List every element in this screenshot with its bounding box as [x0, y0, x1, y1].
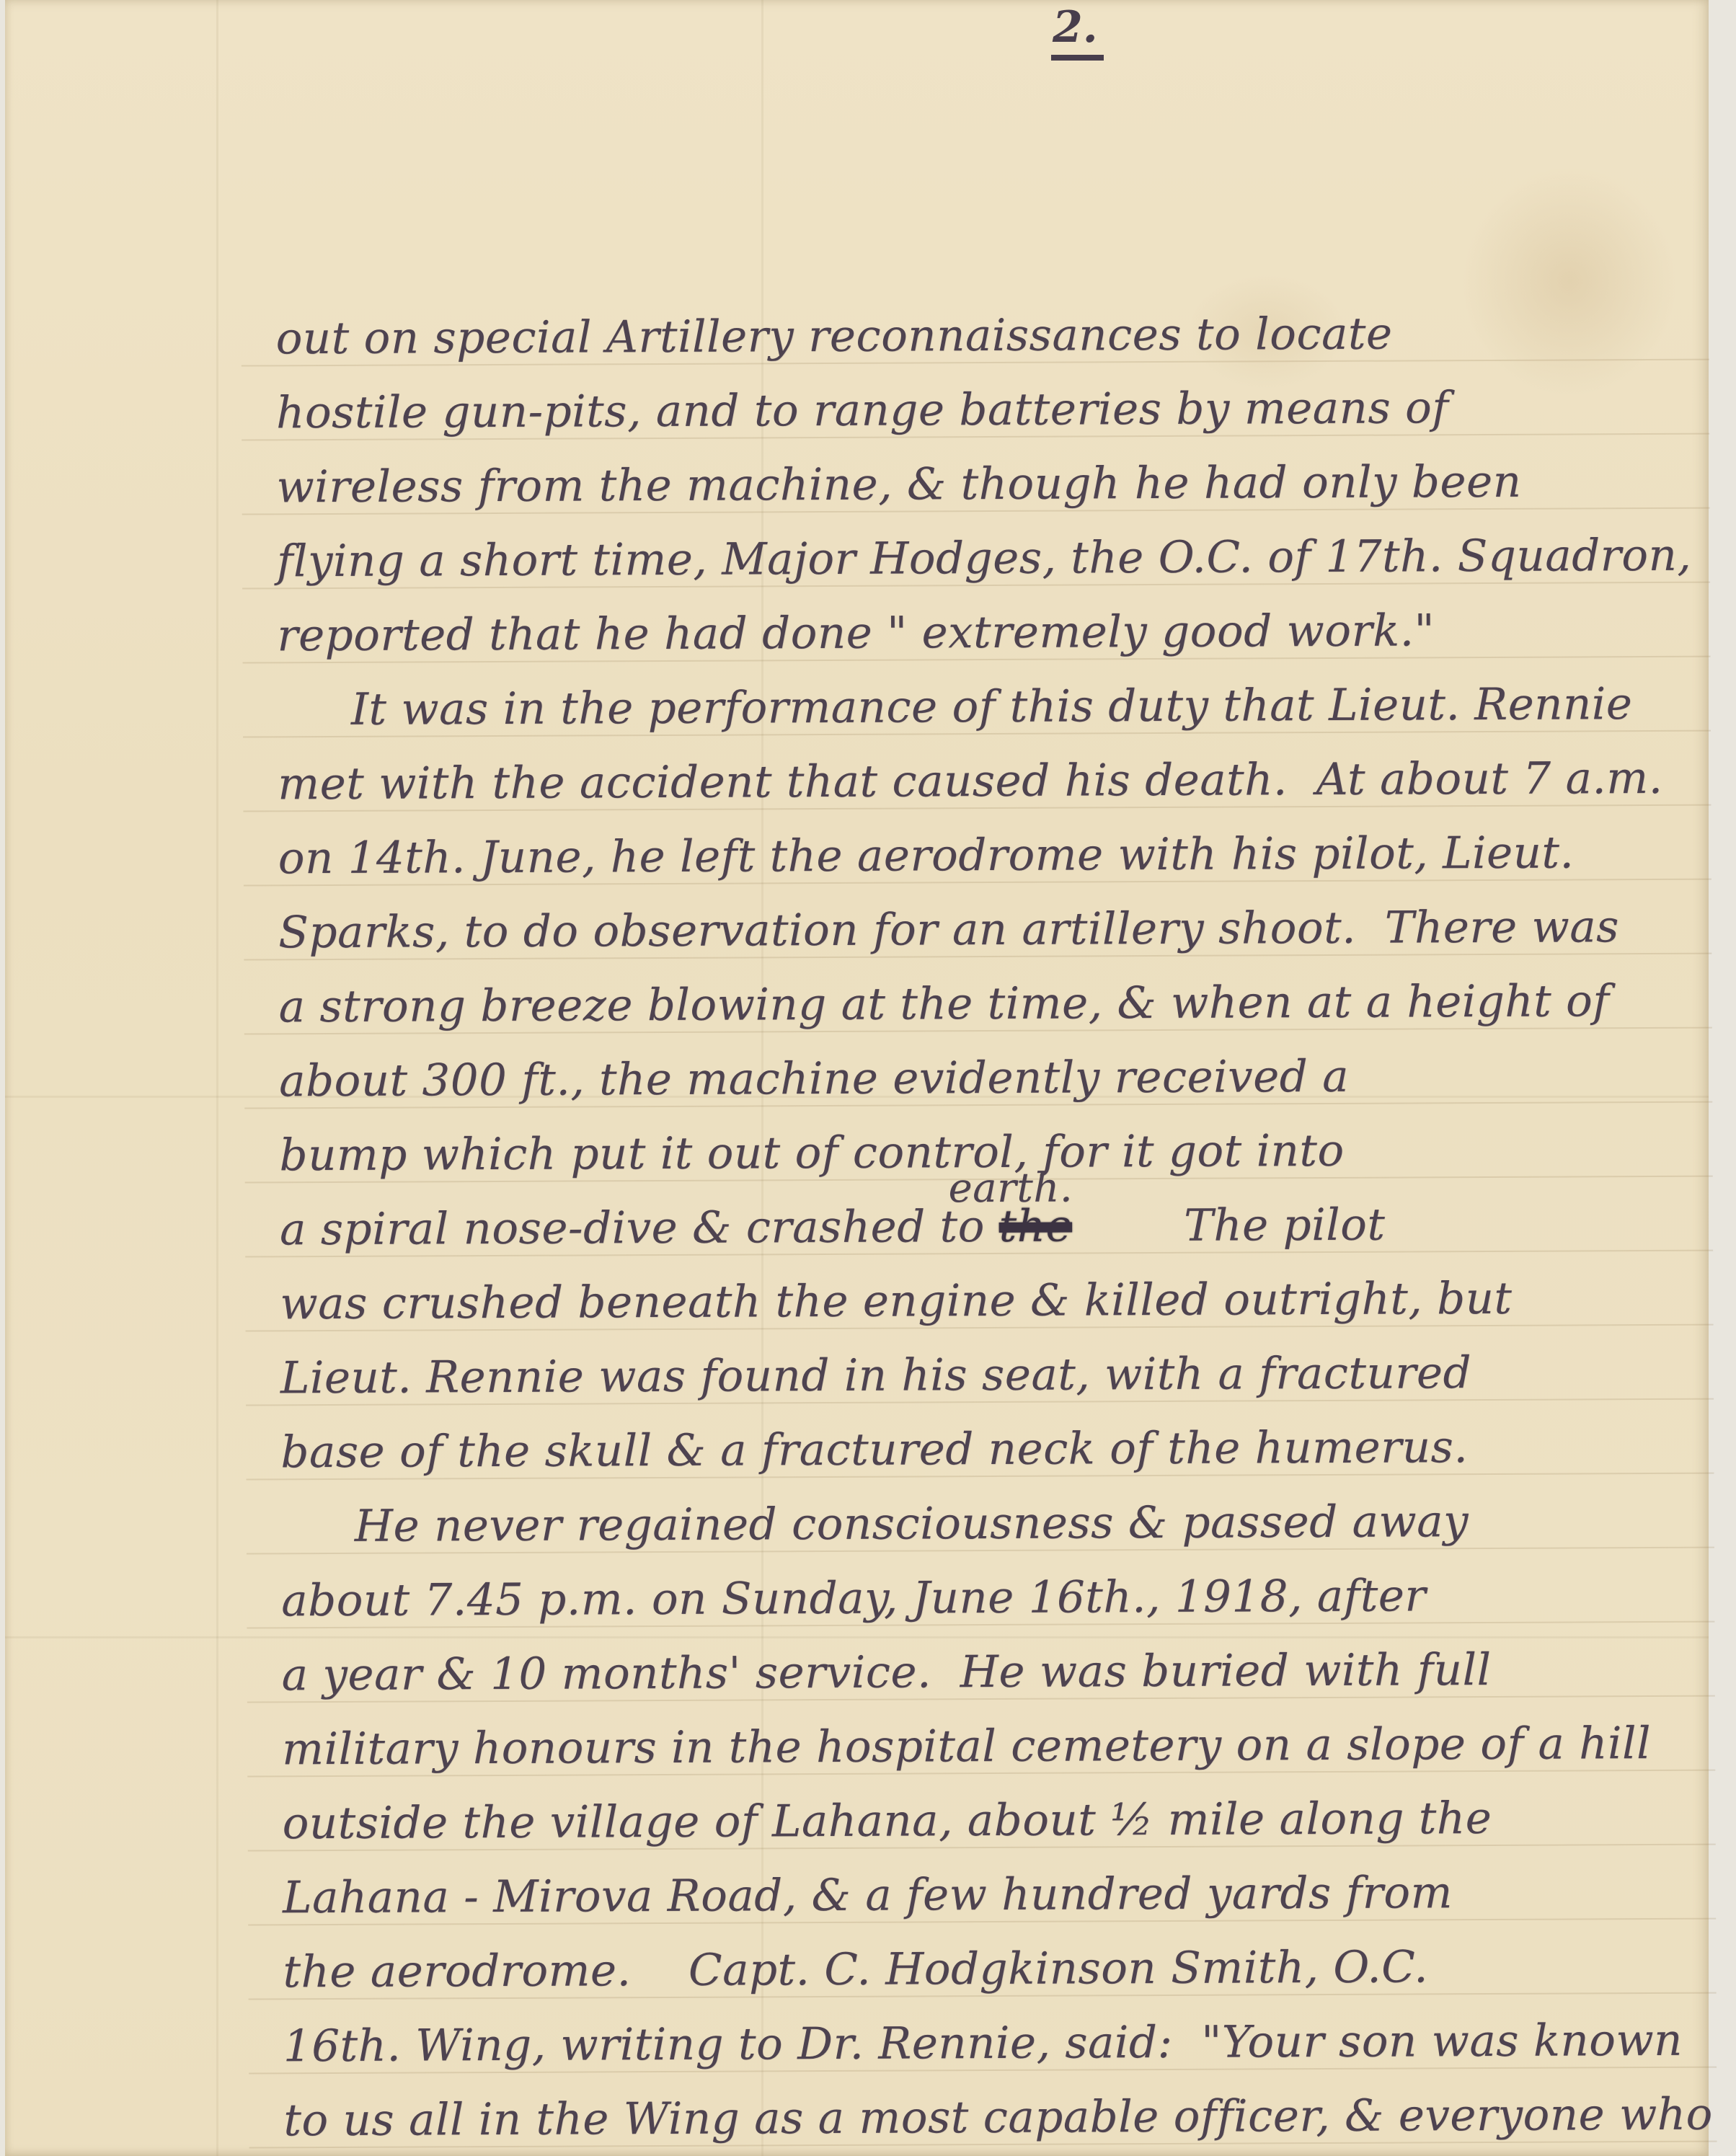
- text-segment: the aerodrome. Capt. C. Hodgkinson Smith…: [283, 1941, 1428, 1997]
- text-line: flying a short time, Major Hodges, the O…: [277, 518, 1704, 599]
- text-segment: hostile gun-pits, and to range batteries…: [276, 382, 1449, 438]
- text-segment: He never regained consciousness & passed…: [355, 1496, 1469, 1552]
- text-line: Lahana - Mirova Road, & a few hundred ya…: [283, 1855, 1710, 1935]
- text-line: about 300 ft., the machine evidently rec…: [279, 1038, 1706, 1119]
- text-segment: out on special Artillery reconnaissances…: [275, 309, 1392, 365]
- text-line: He never regained consciousness & passed…: [281, 1483, 1709, 1564]
- text-segment: Lieut. Rennie was found in his seat, wit…: [280, 1347, 1471, 1403]
- text-segment: outside the village of Lahana, about ½ m…: [282, 1793, 1492, 1849]
- text-segment: met with the accident that caused his de…: [278, 753, 1662, 809]
- paper-fold-line: [216, 0, 218, 2156]
- text-line: hostile gun-pits, and to range batteries…: [276, 370, 1704, 451]
- text-segment: about 300 ft., the machine evidently rec…: [279, 1051, 1349, 1106]
- text-segment: 16th. Wing, writing to Dr. Rennie, said:…: [283, 2015, 1683, 2072]
- text-line: wireless from the machine, & though he h…: [276, 444, 1704, 525]
- text-segment: a strong breeze blowing at the time, & w…: [279, 975, 1610, 1032]
- text-line: a year & 10 months' service. He was buri…: [281, 1632, 1709, 1713]
- scan-background: { "page": { "number": "2.", "paper_color…: [0, 0, 1736, 2156]
- text-segment: reported that he had done " extremely go…: [277, 605, 1435, 661]
- text-segment: base of the skull & a fractured neck of …: [280, 1421, 1468, 1478]
- text-line: military honours in the hospital cemeter…: [282, 1706, 1709, 1787]
- text-line: It was in the performance of this duty t…: [278, 667, 1705, 747]
- text-segment: bump which put it out of control, for it…: [279, 1125, 1344, 1181]
- text-segment: flying a short time, Major Hodges, the O…: [277, 530, 1692, 587]
- text-segment: was crushed beneath the engine & killed …: [280, 1273, 1512, 1329]
- page-number: 2.: [1051, 6, 1104, 61]
- text-segment: on 14th. June, he left the aerodrome wit…: [278, 827, 1575, 884]
- text-line: about 7.45 p.m. on Sunday, June 16th., 1…: [281, 1558, 1709, 1638]
- text-line: out on special Artillery reconnaissances…: [275, 296, 1703, 376]
- text-line: Lieut. Rennie was found in his seat, wit…: [280, 1335, 1708, 1416]
- text-line: reported that he had done " extremely go…: [277, 593, 1704, 673]
- text-line: 16th. Wing, writing to Dr. Rennie, said:…: [283, 2003, 1711, 2084]
- text-segment: The pilot: [1184, 1199, 1386, 1251]
- text-line: a strong breeze blowing at the time, & w…: [278, 964, 1706, 1044]
- text-line: Sparks, to do observation for an artille…: [278, 890, 1706, 970]
- text-line: met with the accident that caused his de…: [278, 741, 1705, 822]
- text-line: on 14th. June, he left the aerodrome wit…: [278, 815, 1706, 896]
- text-line: to us all in the Wing as a most capable …: [283, 2077, 1711, 2156]
- text-segment: Lahana - Mirova Road, & a few hundred ya…: [283, 1867, 1453, 1923]
- text-line: was crushed beneath the engine & killed …: [280, 1261, 1707, 1341]
- text-segment: military honours in the hospital cemeter…: [282, 1718, 1651, 1775]
- text-line: the aerodrome. Capt. C. Hodgkinson Smith…: [283, 1929, 1710, 2010]
- text-segment: It was in the performance of this duty t…: [351, 678, 1633, 735]
- text-lines: out on special Artillery reconnaissances…: [275, 296, 1711, 2156]
- text-segment: about 7.45 p.m. on Sunday, June 16th., 1…: [281, 1570, 1426, 1626]
- handwritten-text: out on special Artillery reconnaissances…: [275, 296, 1711, 2156]
- text-segment: Sparks, to do observation for an artille…: [278, 901, 1619, 958]
- text-line: base of the skull & a fractured neck of …: [280, 1409, 1708, 1490]
- inserted-word: earth.: [948, 1168, 1073, 1210]
- text-segment: wireless from the machine, & though he h…: [276, 456, 1521, 513]
- text-segment: a year & 10 months' service. He was buri…: [282, 1644, 1492, 1700]
- text-line: outside the village of Lahana, about ½ m…: [282, 1780, 1709, 1861]
- text-segment: a spiral nose-dive & crashed to: [280, 1201, 999, 1255]
- text-segment: to us all in the Wing as a most capable …: [283, 2089, 1713, 2147]
- text-line: a spiral nose-dive & crashed to theearth…: [280, 1186, 1707, 1267]
- struck-word: theearth.: [999, 1201, 1073, 1252]
